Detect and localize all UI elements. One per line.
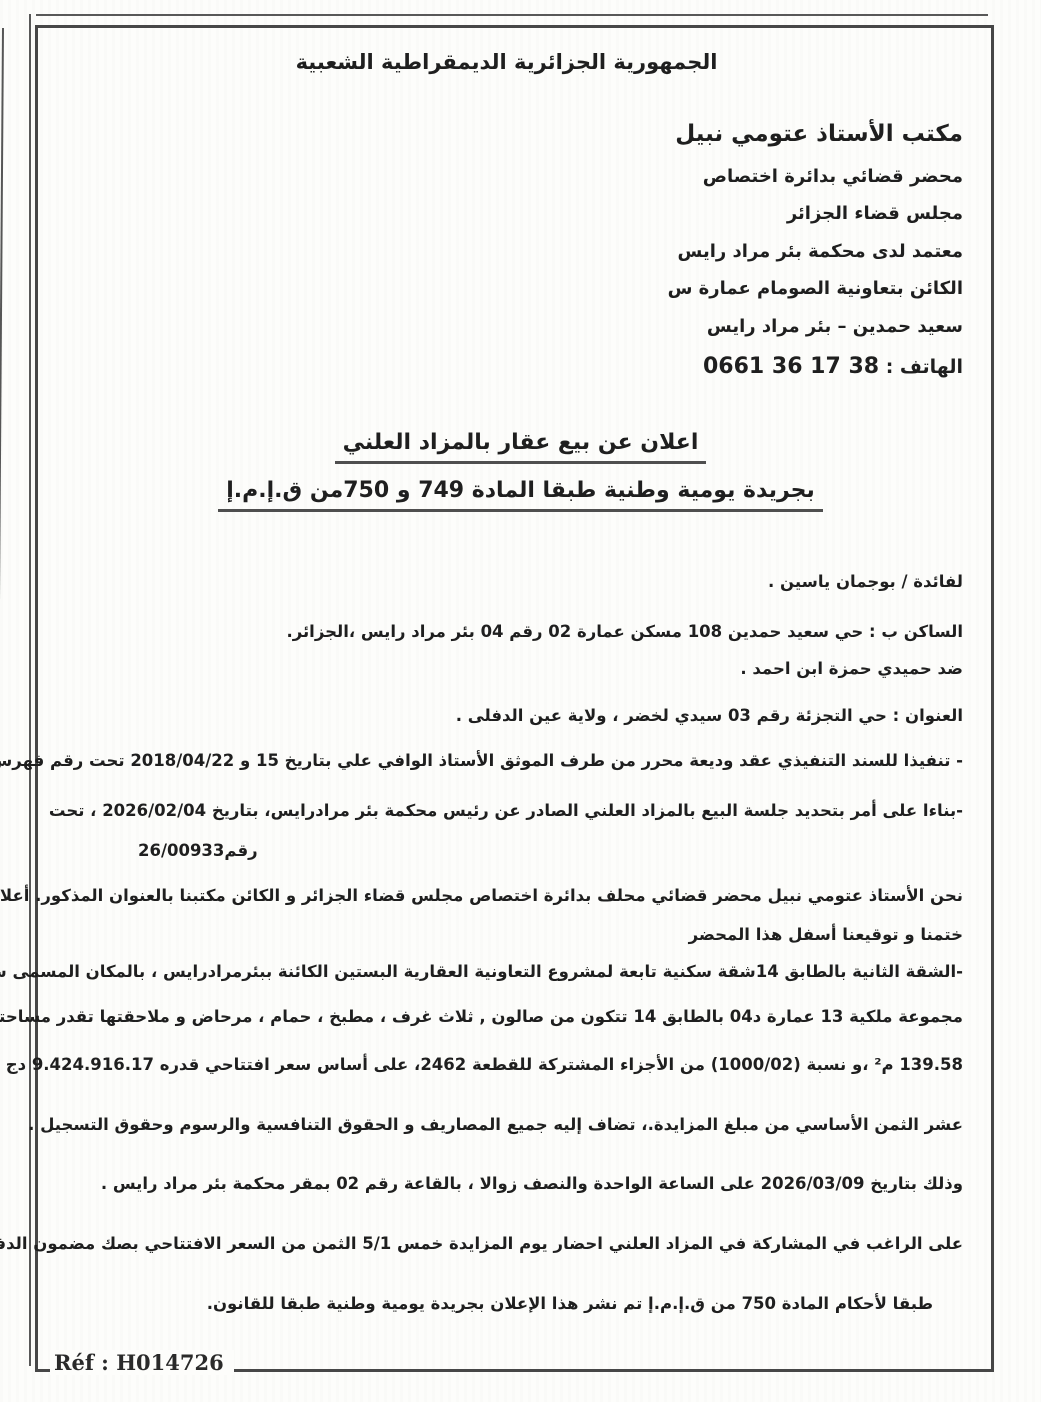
body-line-property-composition: مجموعة ملكية 13 عمارة د04 بالطابق 14 تتك… bbox=[58, 1007, 963, 1027]
reference-number: Réf : H014726 bbox=[50, 1350, 234, 1375]
body-line-beneficiary: لفائدة / بوجمان ياسين . bbox=[58, 572, 963, 592]
office-address-line2: سعيد حمدين – بئر مراد رايس bbox=[668, 316, 963, 339]
body-line-apartment-description: -الشقة الثانية بالطابق 14شقة سكنية تابعة… bbox=[58, 962, 963, 982]
republic-header: الجمهورية الجزائرية الديمقراطية الشعبية bbox=[0, 50, 1027, 74]
office-phone: الهاتف : 0661 36 17 38 bbox=[668, 353, 963, 381]
body-line-fees: عشر الثمن الأساسي من مبلغ المزايدة.، تضا… bbox=[58, 1115, 963, 1135]
office-council: مجلس قضاء الجزائر bbox=[668, 203, 963, 226]
body-line-order-number: رقم26/00933 bbox=[58, 841, 963, 861]
body-line-seal-signature: ختمنا و توقيعنا أسفل هذا المحضر bbox=[58, 925, 963, 945]
scan-edge-artifact bbox=[0, 28, 4, 1388]
body-line-court-order: -بناءا على أمر بتحديد جلسة البيع بالمزاد… bbox=[58, 801, 963, 821]
bailiff-office-block: مكتب الأستاذ عتومي نبيل محضر قضائي بدائر… bbox=[668, 120, 963, 381]
body-line-resident: الساكن ب : حي سعيد حمدين 108 مسكن عمارة … bbox=[58, 622, 963, 642]
title-line-2: بجريدة يومية وطنية طبقا المادة 749 و 750… bbox=[218, 478, 823, 512]
phone-number: 0661 36 17 38 bbox=[703, 354, 879, 379]
office-role: محضر قضائي بدائرة اختصاص bbox=[668, 166, 963, 189]
body-line-executive-deed: - تنفيذا للسند التنفيذي عقد وديعة محرر م… bbox=[58, 751, 963, 771]
body-line-against: ضد حميدي حمزة ابن احمد . bbox=[58, 659, 963, 679]
office-name: مكتب الأستاذ عتومي نبيل bbox=[668, 120, 963, 149]
phone-label: الهاتف : bbox=[886, 356, 963, 378]
title-line-1: اعلان عن بيع عقار بالمزاد العلني bbox=[335, 430, 707, 464]
body-line-participation-condition: على الراغب في المشاركة في المزاد العلني … bbox=[58, 1234, 963, 1254]
scanned-document-page: الجمهورية الجزائرية الديمقراطية الشعبية … bbox=[0, 0, 1041, 1402]
body-line-address: العنوان : حي التجزئة رقم 03 سيدي لخضر ، … bbox=[58, 706, 963, 726]
body-line-bailiff-statement: نحن الأستاذ عتومي نبيل محضر قضائي محلف ب… bbox=[58, 886, 963, 906]
frame-outer-line-left bbox=[29, 14, 31, 1366]
announcement-body: لفائدة / بوجمان ياسين . الساكن ب : حي سع… bbox=[58, 572, 963, 1314]
announcement-title: اعلان عن بيع عقار بالمزاد العلني بجريدة … bbox=[0, 430, 1041, 512]
office-address-line1: الكائن بتعاونية الصومام عمارة س bbox=[668, 278, 963, 301]
body-line-publication-note: طبقا لأحكام المادة 750 من ق.إ.م.إ تم نشر… bbox=[58, 1294, 963, 1314]
frame-outer-line-top bbox=[36, 14, 988, 16]
body-line-area-opening-price: 139.58 م² ،و نسبة (1000/02) من الأجزاء ا… bbox=[58, 1055, 963, 1075]
body-line-auction-date: وذلك بتاريخ 2026/03/09 على الساعة الواحد… bbox=[58, 1174, 963, 1194]
office-accreditation: معتمد لدى محكمة بئر مراد رايس bbox=[668, 241, 963, 264]
